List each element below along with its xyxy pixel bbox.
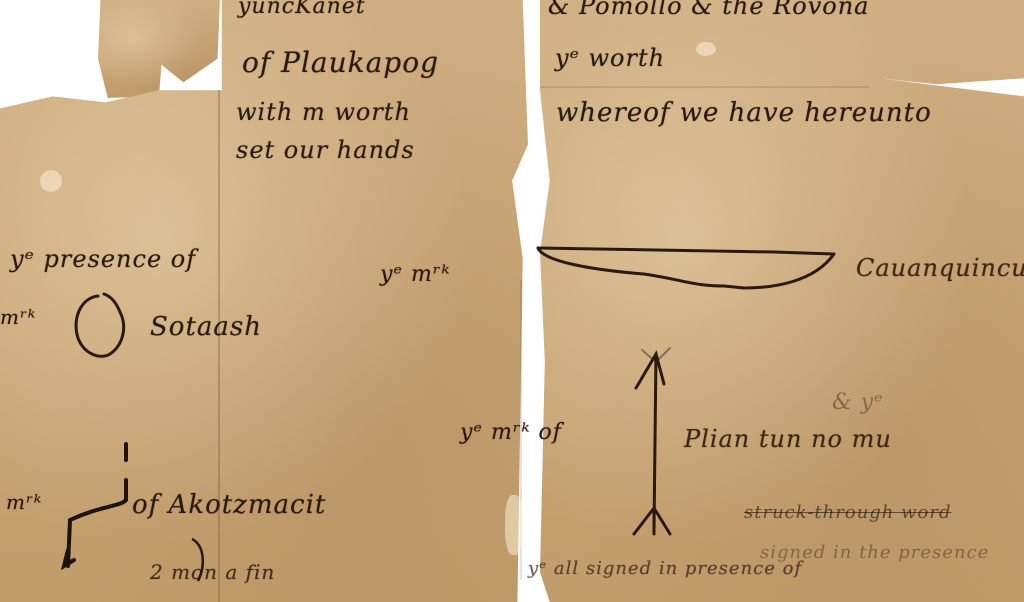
bottom-line-right: yᵉ all signed in presence of bbox=[528, 558, 802, 579]
mark-name-cauanquincu: Cauanquincu bbox=[856, 254, 1024, 282]
bottom-line-left: 2 mon a fin bbox=[150, 560, 275, 584]
line-with-worth: with m worth bbox=[236, 98, 411, 126]
line-set-our-hands: set our hands bbox=[236, 136, 415, 164]
faint-annotation: & yᵉ bbox=[832, 390, 884, 415]
parchment-left-tab bbox=[98, 0, 220, 98]
mark-name-akotzmacit: of Akotzmacit bbox=[132, 490, 326, 520]
paper-stain bbox=[40, 170, 62, 192]
mark-name-sotaash: Sotaash bbox=[150, 312, 262, 342]
paper-stain bbox=[505, 495, 523, 555]
fold-line-left bbox=[218, 90, 220, 602]
witness-heading: yᵉ presence of bbox=[10, 245, 196, 273]
mark-name-plian: Plian tun no mu bbox=[684, 425, 892, 453]
paper-stain bbox=[696, 42, 716, 56]
center-mark-label: yᵉ mʳᵏ bbox=[380, 262, 450, 287]
line-whereof: whereof we have hereunto bbox=[556, 98, 932, 128]
canoe-mark-icon bbox=[534, 240, 844, 302]
mark-prefix-akotzmacit: mʳᵏ bbox=[6, 490, 42, 514]
document-scan: yuncKanet of Plaukapog with m worth set … bbox=[0, 0, 1024, 602]
fold-line-horizontal bbox=[540, 86, 870, 88]
struck-word: struck-through word bbox=[744, 502, 952, 523]
line-yt-worth: yᵉ worth bbox=[555, 44, 665, 72]
mark-prefix-sotaash: mʳᵏ bbox=[0, 305, 36, 329]
line-pomollo: & Pomollo & the Rovona bbox=[548, 0, 869, 20]
mark-prefix-plian: yᵉ mʳᵏ of bbox=[460, 420, 562, 445]
line-yunckanet: yuncKanet bbox=[238, 0, 366, 19]
line-plaukapog: of Plaukapog bbox=[242, 46, 439, 79]
hook-mark-icon bbox=[60, 440, 140, 570]
circle-mark-icon bbox=[70, 292, 140, 364]
